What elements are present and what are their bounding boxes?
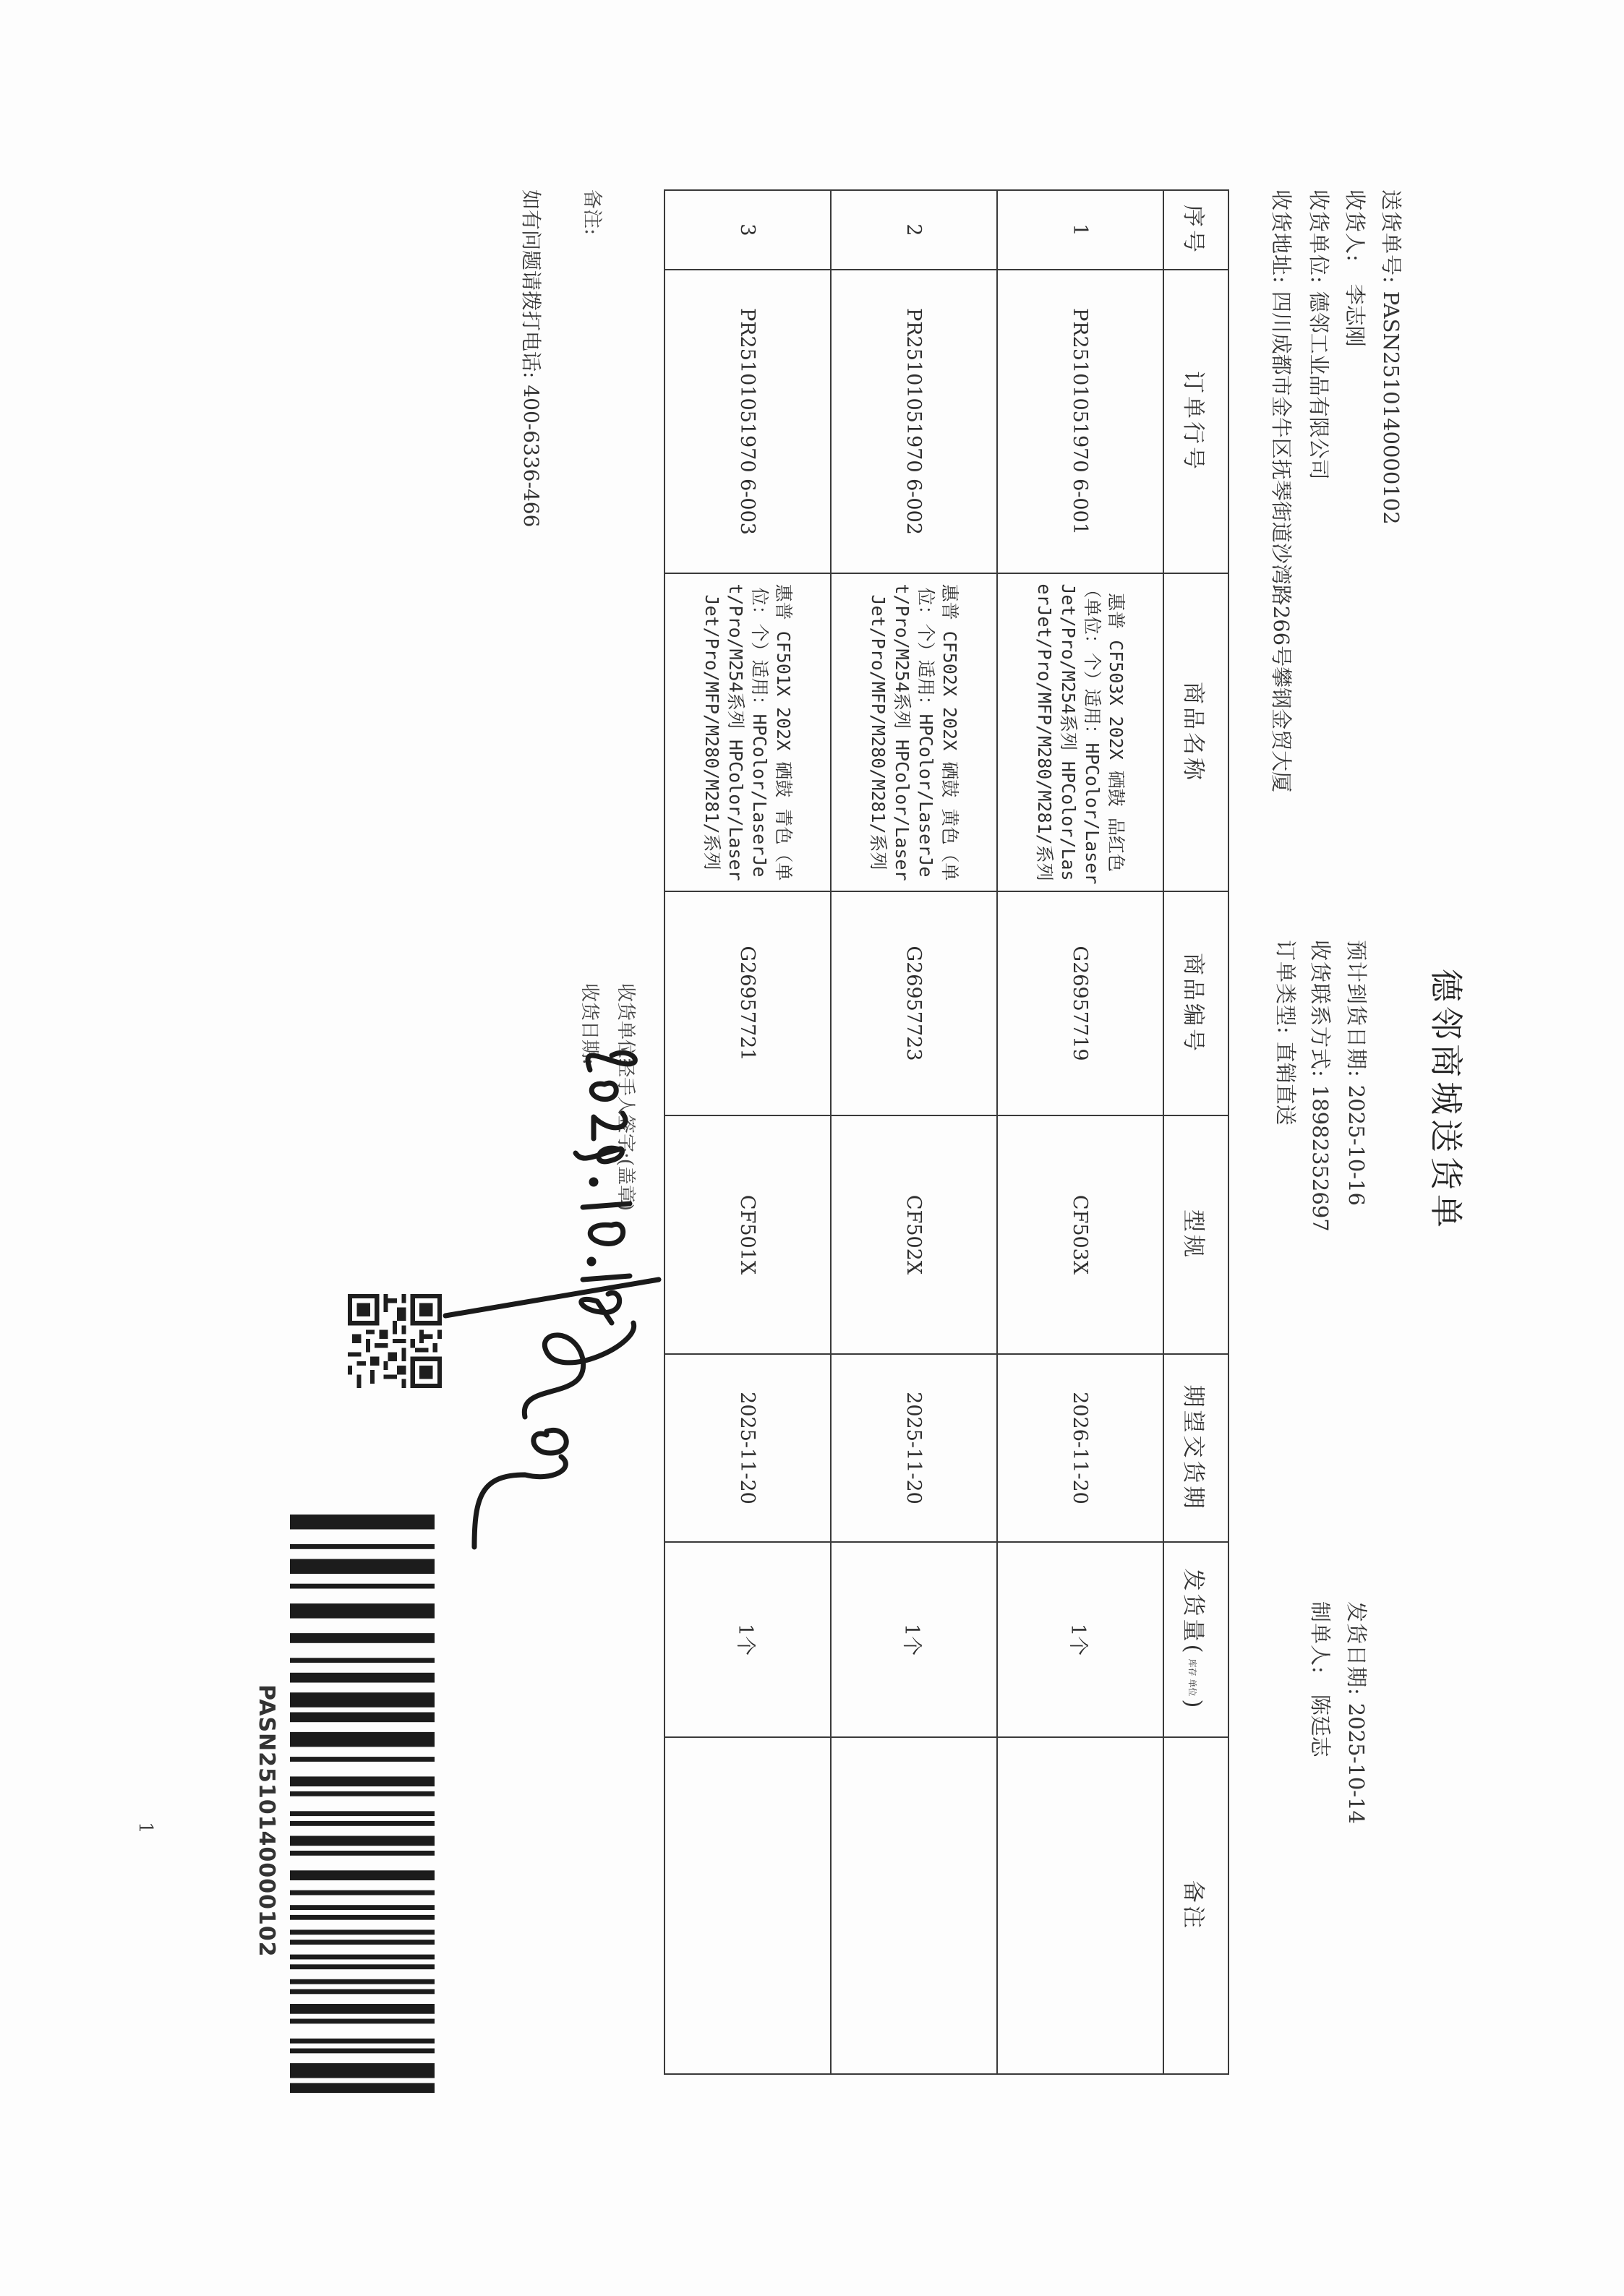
barcode-text: PASN2510140000102: [254, 1684, 279, 1958]
delivery-note-page: 德邻商城送货单 送货单号:PASN2510140000102 收货人:李志刚 收…: [0, 0, 1624, 2296]
row-product-name: 惠普 CF501X 202X 硒鼓 青色（单位：个）适用：HPColor/Las…: [664, 573, 831, 891]
row-product-name: 惠普 CF502X 202X 硒鼓 黄色（单位：个）适用：HPColor/Las…: [831, 573, 997, 891]
table-header-row: 序号 订单行号 商品名称 商品编号 型规 期望交货期 发货量(库存 单位) 备注: [1163, 190, 1228, 2074]
row-order-line: PR25101051970 6-002: [831, 270, 997, 573]
expected-arrival-label: 预计到货日期:: [1344, 940, 1369, 1078]
receiver-label: 收货人:: [1343, 189, 1367, 262]
table-row: 2 PR25101051970 6-002 惠普 CF502X 202X 硒鼓 …: [831, 190, 997, 2074]
receiving-address-field: 收货地址:四川成都市金牛区抚琴街道沙湾路266号攀钢金贸大厦: [1268, 189, 1297, 792]
ship-date-label: 发货日期:: [1344, 1601, 1369, 1696]
expected-arrival-field: 预计到货日期:2025-10-16: [1343, 940, 1372, 1206]
receiver-value: 李志刚: [1343, 284, 1367, 347]
receiving-address-label: 收货地址:: [1269, 189, 1294, 284]
col-order-line: 订单行号: [1163, 270, 1228, 573]
contact-value: 18982352697: [1308, 1085, 1333, 1232]
row-expected-date: 2025-11-20: [664, 1354, 831, 1542]
row-sku: G26957719: [997, 891, 1163, 1115]
remarks-label: 备注:: [580, 189, 608, 235]
hotline-text: 如有问题请拨打电话: 400-6336-466: [518, 189, 547, 527]
row-quantity: 1个: [997, 1542, 1163, 1737]
delivery-number-field: 送货单号:PASN2510140000102: [1377, 189, 1407, 525]
col-quantity-close: ): [1181, 1699, 1207, 1710]
row-sku: G26957721: [664, 891, 831, 1115]
qr-code: [348, 1290, 442, 1392]
row-sku: G26957723: [831, 891, 997, 1115]
row-remark: [997, 1737, 1163, 2074]
page-number: 1: [134, 1822, 156, 1834]
row-quantity: 1个: [831, 1542, 997, 1737]
row-remark: [664, 1737, 831, 2074]
row-index: 2: [831, 190, 997, 270]
order-type-value: 直销直送: [1273, 1042, 1298, 1126]
receiving-unit-value: 德邻工业品有限公司: [1307, 291, 1331, 480]
order-type-label: 订单类型:: [1273, 940, 1298, 1035]
delivery-number-label: 送货单号:: [1379, 189, 1403, 284]
contact-label: 收货联系方式:: [1308, 940, 1333, 1078]
col-quantity-unit: 库存 单位: [1188, 1659, 1197, 1697]
row-product-name: 惠普 CF503X 202X 硒鼓 品红色（单位：个）适用：HPColor/La…: [997, 573, 1163, 891]
barcode: [290, 1515, 435, 2115]
row-order-line: PR25101051970 6-001: [997, 270, 1163, 573]
delivery-number-value: PASN2510140000102: [1379, 291, 1403, 525]
row-model: CF503X: [997, 1115, 1163, 1354]
row-expected-date: 2026-11-20: [997, 1354, 1163, 1542]
receiving-address-value: 四川成都市金牛区抚琴街道沙湾路266号攀钢金贸大厦: [1269, 291, 1294, 792]
table-row: 3 PR25101051970 6-003 惠普 CF501X 202X 硒鼓 …: [664, 190, 831, 2074]
col-product-name: 商品名称: [1163, 573, 1228, 891]
col-remark: 备注: [1163, 1737, 1228, 2074]
col-quantity-label: 发货量(: [1181, 1568, 1207, 1655]
preparer-value: 陈廷志: [1308, 1695, 1333, 1757]
col-sku: 商品编号: [1163, 891, 1228, 1115]
row-index: 1: [997, 190, 1163, 270]
col-quantity: 发货量(库存 单位): [1163, 1542, 1228, 1737]
row-quantity: 1个: [664, 1542, 831, 1737]
preparer-field: 制单人:陈廷志: [1307, 1601, 1336, 1757]
row-index: 3: [664, 190, 831, 270]
order-type-field: 订单类型:直销直送: [1272, 940, 1302, 1126]
ship-date-field: 发货日期:2025-10-14: [1343, 1601, 1372, 1824]
items-table: 序号 订单行号 商品名称 商品编号 型规 期望交货期 发货量(库存 单位) 备注…: [664, 189, 1229, 2075]
document-title: 德邻商城送货单: [1424, 969, 1472, 1232]
table-row: 1 PR25101051970 6-001 惠普 CF503X 202X 硒鼓 …: [997, 190, 1163, 2074]
row-model: CF501X: [664, 1115, 831, 1354]
col-expected-date: 期望交货期: [1163, 1354, 1228, 1542]
handwritten-signature: [424, 1041, 662, 1562]
contact-field: 收货联系方式:18982352697: [1307, 940, 1336, 1232]
row-expected-date: 2025-11-20: [831, 1354, 997, 1542]
receiver-field: 收货人:李志刚: [1341, 189, 1371, 347]
row-model: CF502X: [831, 1115, 997, 1354]
expected-arrival-value: 2025-10-16: [1344, 1085, 1369, 1206]
row-remark: [831, 1737, 997, 2074]
receiving-unit-label: 收货单位:: [1307, 189, 1331, 284]
col-model: 型规: [1163, 1115, 1228, 1354]
preparer-label: 制单人:: [1308, 1601, 1333, 1674]
receiving-unit-field: 收货单位:德邻工业品有限公司: [1305, 189, 1335, 480]
ship-date-value: 2025-10-14: [1344, 1703, 1369, 1824]
col-index: 序号: [1163, 190, 1228, 270]
row-order-line: PR25101051970 6-003: [664, 270, 831, 573]
